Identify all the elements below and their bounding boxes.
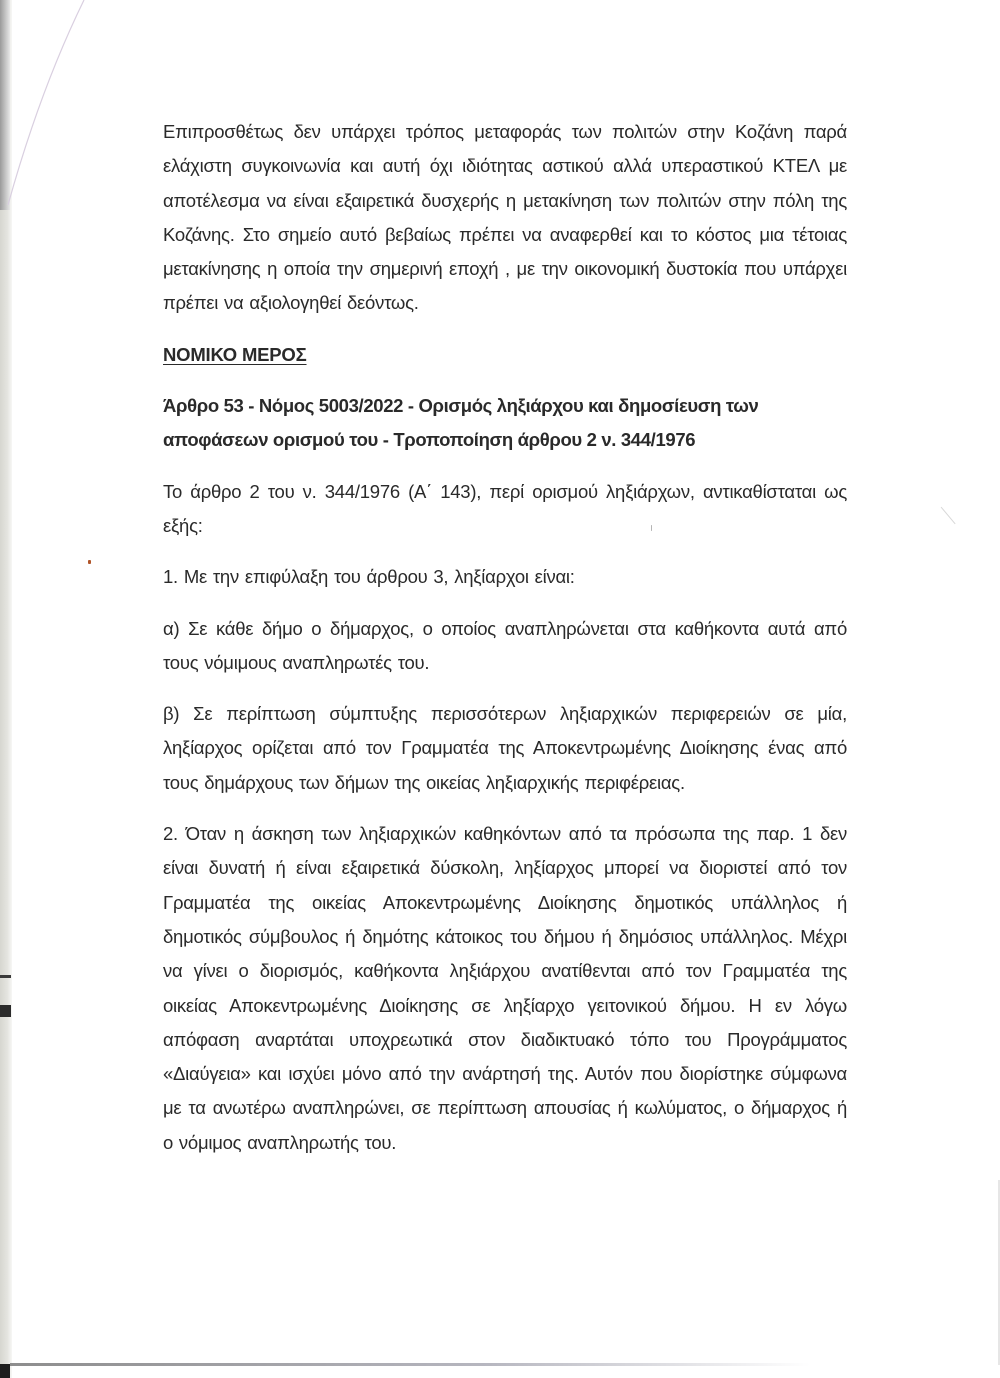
document-page: Επιπροσθέτως δεν υπάρχει τρόπος μεταφορά…	[163, 115, 847, 1160]
paragraph-1: 1. Με την επιφύλαξη του άρθρου 3, ληξίαρ…	[163, 560, 847, 594]
scan-edge-dark-top	[0, 0, 10, 210]
scan-speck	[88, 560, 91, 564]
intro-paragraph: Επιπροσθέτως δεν υπάρχει τρόπος μεταφορά…	[163, 115, 847, 321]
scan-edge-mark	[0, 1005, 11, 1017]
paragraph-2: 2. Όταν η άσκηση των ληξιαρχικών καθηκόν…	[163, 817, 847, 1160]
item-b: β) Σε περίπτωση σύμπτυξης περισσότερων λ…	[163, 697, 847, 800]
article-lead: Το άρθρο 2 του ν. 344/1976 (Α΄ 143), περ…	[163, 475, 847, 544]
article-title-line-2: αποφάσεων ορισμού του - Τροποποίηση άρθρ…	[163, 423, 847, 457]
scan-bottom-edge	[10, 1363, 810, 1366]
scan-page-curl-line	[0, 0, 100, 220]
scan-corner-mark	[0, 1364, 10, 1378]
article-title: Άρθρο 53 - Νόμος 5003/2022 - Ορισμός ληξ…	[163, 389, 847, 458]
section-heading: ΝΟΜΙΚΟ ΜΕΡΟΣ	[163, 338, 847, 372]
scan-edge-mark	[0, 975, 11, 978]
item-a: α) Σε κάθε δήμο ο δήμαρχος, ο οποίος ανα…	[163, 612, 847, 681]
scan-speck	[941, 498, 967, 524]
article-title-line-1: Άρθρο 53 - Νόμος 5003/2022 - Ορισμός ληξ…	[163, 389, 847, 423]
